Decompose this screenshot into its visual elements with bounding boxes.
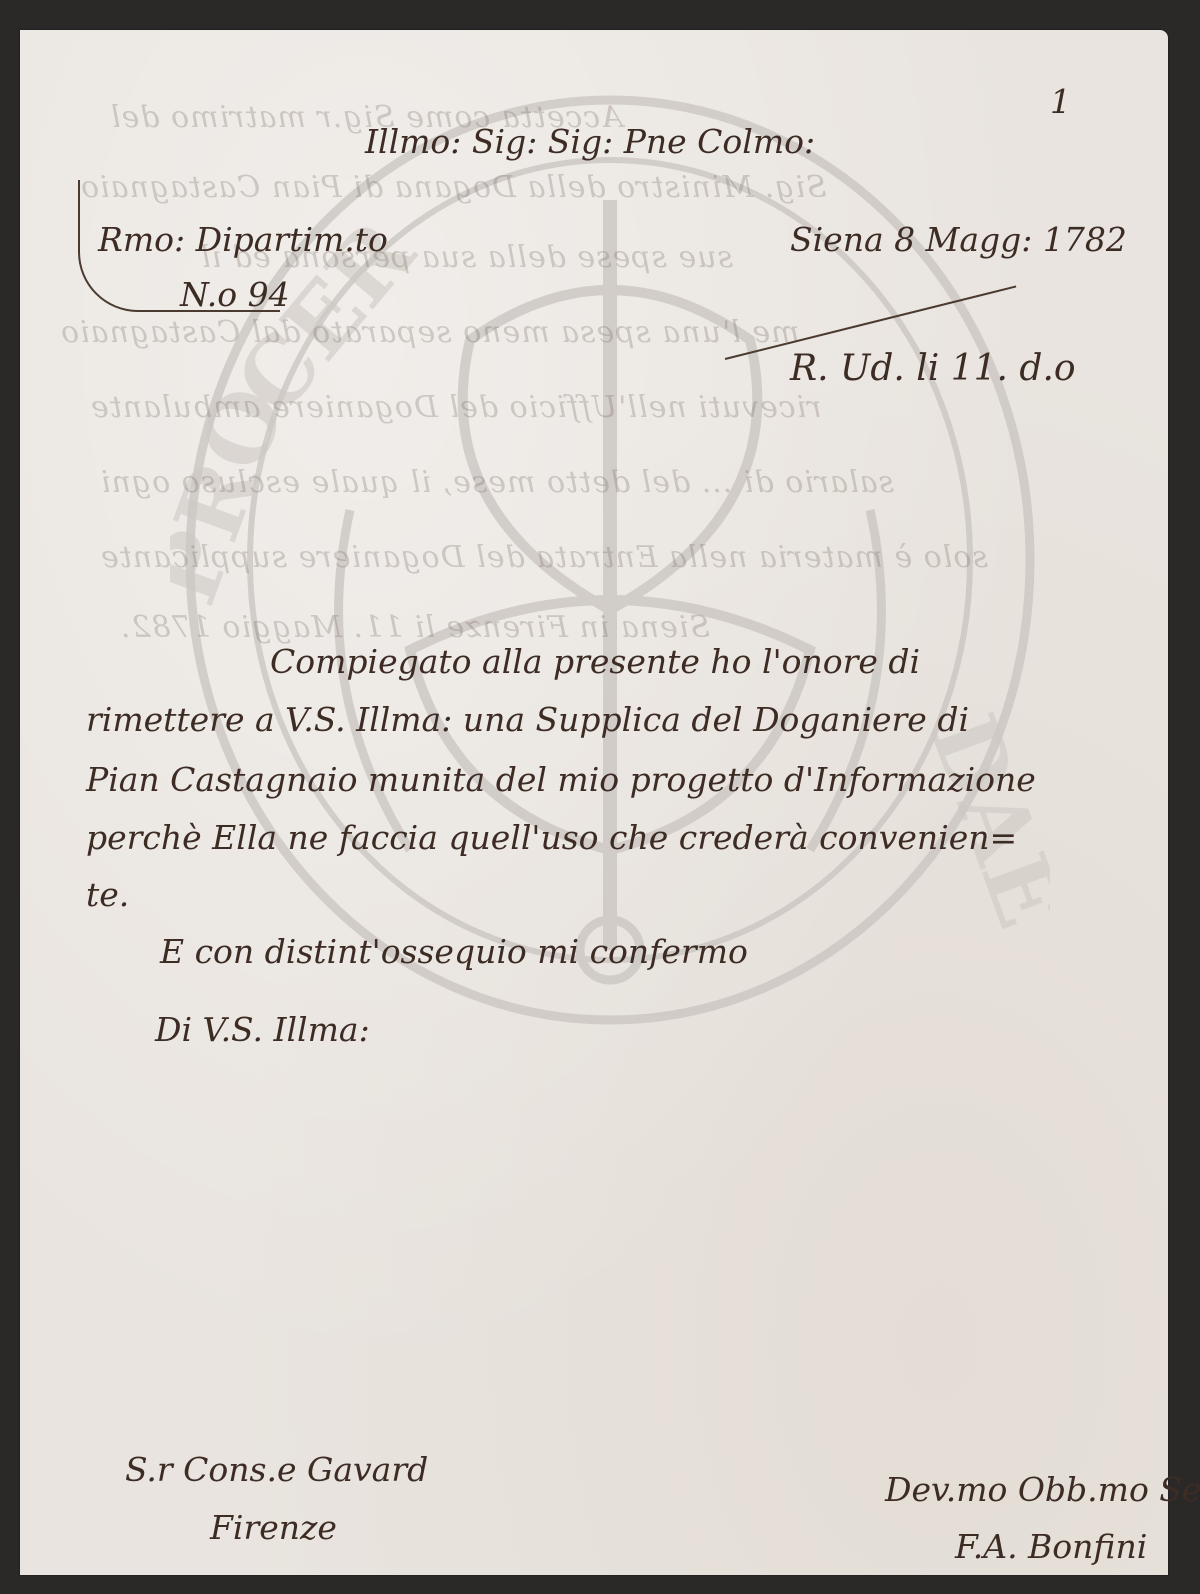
body-line: Compiegato alla presente ho l'onore di <box>270 642 920 681</box>
reference-number: N.o 94 <box>180 275 290 314</box>
body-line: te. <box>86 875 129 914</box>
place-date: Siena 8 Magg: 1782 <box>790 220 1127 259</box>
bleed-through-line: solo è materia nella Entrata del Doganie… <box>100 540 988 575</box>
bleed-through-line: Siena in Firenze li 11. Maggio 1782. <box>120 610 710 645</box>
page-number: 1 <box>1050 82 1071 121</box>
reference-department: Rmo: Dipartim.to <box>98 220 388 259</box>
bleed-through-line: me l'una spesa meno separato dal Castagn… <box>60 315 800 350</box>
addressee-name: S.r Cons.e Gavard <box>125 1450 428 1489</box>
closing-address: Di V.S. Illma: <box>155 1010 370 1049</box>
bleed-through-line: salario di ... del detto mese, il quale … <box>100 465 894 500</box>
bleed-through-line: ricevuti nell'Ufficio del Doganiere ambu… <box>90 390 822 425</box>
body-line: rimettere a V.S. Illma: una Supplica del… <box>86 700 969 739</box>
salutation: Illmo: Sig: Sig: Pne Colmo: <box>365 122 815 161</box>
closing-line: E con distint'ossequio mi confermo <box>160 932 748 971</box>
letter-paper: PRO DAE CER Accetta come Sig.r matrimo d… <box>20 30 1168 1575</box>
addressee-city: Firenze <box>210 1508 337 1547</box>
body-line: Pian Castagnaio munita del mio progetto … <box>86 760 1036 799</box>
signature-name: F.A. Bonfini <box>955 1527 1147 1566</box>
registry-annotation: R. Ud. li 11. d.o <box>790 348 1076 389</box>
signature-closing: Dev.mo Obb.mo Se.re <box>885 1470 1200 1509</box>
body-line: perchè Ella ne faccia quell'uso che cred… <box>86 818 1017 857</box>
